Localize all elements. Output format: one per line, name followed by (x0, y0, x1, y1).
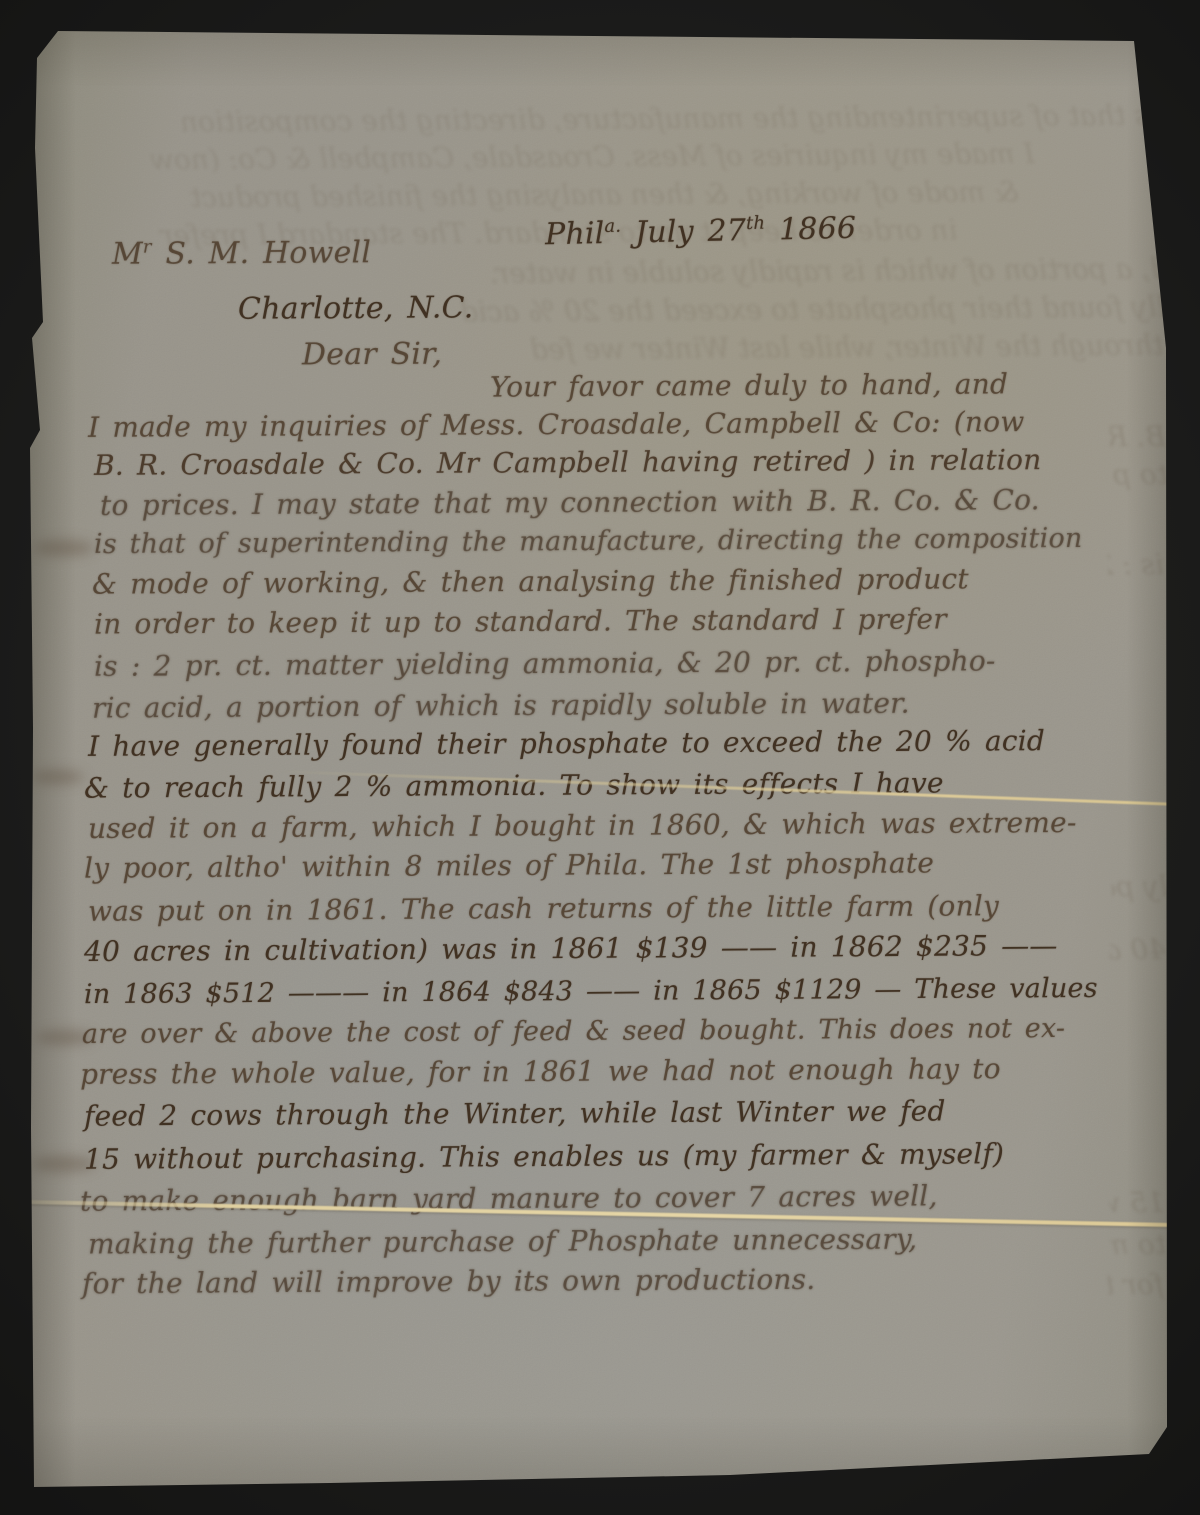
bleed-through-mark: to make enough barn yard manure to cover… (1110, 1228, 1166, 1262)
body-line: in order to keep it up to standard. The … (94, 605, 947, 638)
salutation: Dear Sir, (302, 340, 442, 371)
letter-paper: is that of superintending the manufactur… (30, 28, 1167, 1490)
recipient-superscript: r (143, 237, 152, 258)
bleed-through-text: & mode of working, & then analysing the … (190, 175, 1019, 214)
ink-smudge (34, 540, 94, 556)
body-line: making the further purchase of Phosphate… (88, 1225, 917, 1258)
body-line: for the land will improve by its own pro… (82, 1266, 815, 1298)
ink-smudge (32, 770, 84, 784)
address-line: Charlotte, N.C. (238, 293, 474, 324)
bleed-through-text: ric acid, a portion of which is rapidly … (490, 251, 1200, 289)
body-line: used it on a farm, which I bought in 186… (88, 809, 1077, 843)
bleed-through-mark: for the land will improve by its own pro… (1108, 1268, 1164, 1302)
bleed-through-text: I have generally found their phosphate t… (460, 289, 1200, 328)
date-text: July 27 (621, 213, 746, 251)
body-line: press the whole value, for in 1861 we ha… (80, 1055, 1001, 1089)
body-line: B. R. Croasdale & Co. Mr Campbell having… (94, 446, 1042, 480)
body-line: was put on in 1861. The cash returns of … (88, 892, 999, 926)
body-line: ric acid, a portion of which is rapidly … (92, 690, 910, 723)
body-line: 40 acres in cultivation) was in 1861 $13… (84, 932, 1058, 966)
body-line: ly poor, altho' within 8 miles of Phila.… (84, 849, 934, 882)
recipient-name: S. M. Howell (152, 235, 372, 271)
body-line: 15 without purchasing. This enables us (… (84, 1140, 1004, 1174)
body-line: & to reach fully 2 % ammonia. To show it… (84, 769, 944, 802)
bleed-through-mark: 15 without purchasing. This enables us (… (1109, 1186, 1165, 1220)
place-superscript: a. (604, 216, 621, 237)
photo-background: is that of superintending the manufactur… (0, 0, 1200, 1515)
bleed-through-mark: B. R. Croasdale & Co. Mr Campbell having… (1110, 420, 1166, 454)
body-line: & mode of working, & then analysing the … (92, 565, 969, 598)
bleed-through-mark: 40 acres in cultivation) was in 1861 $13… (1110, 933, 1166, 967)
bleed-through-text: I made my inquiries of Mess. Croasdale, … (150, 137, 1035, 176)
recipient-prefix: M (112, 237, 143, 272)
year-text: 1866 (765, 211, 857, 248)
body-line: I made my inquiries of Mess. Croasdale, … (88, 408, 1025, 442)
bleed-through-text: feed 2 cows through the Winter, while la… (530, 327, 1200, 366)
body-line: feed 2 cows through the Winter, while la… (84, 1097, 946, 1130)
body-line: is that of superintending the manufactur… (94, 525, 1083, 558)
bleed-through-mark: ly poor, altho' within 8 miles of Phila.… (1112, 870, 1168, 904)
body-line: to prices. I may state that my connectio… (100, 486, 1040, 520)
body-line: I have generally found their phosphate t… (88, 727, 1045, 761)
body-line: are over & above the cost of feed & seed… (82, 1015, 1065, 1048)
bleed-through-mark: to prices. I may state that my connectio… (1112, 458, 1168, 492)
body-line: is : 2 pr. ct. matter yielding ammonia, … (94, 647, 996, 681)
bleed-through-mark: is : 2 pr. ct. matter yielding ammonia, … (1108, 548, 1164, 582)
recipient-line: Mr S. M. Howell (112, 237, 371, 270)
body-line: in 1863 $512 ——— in 1864 $843 —— in 1865… (84, 975, 1098, 1008)
place-name: Phil (545, 216, 605, 252)
body-line: Your favor came duly to hand, and (490, 370, 1008, 401)
date-superscript: th (746, 213, 766, 234)
date-line: Phila. July 27th 1866 (545, 213, 857, 251)
bleed-through-text: is that of superintending the manufactur… (180, 99, 1158, 139)
